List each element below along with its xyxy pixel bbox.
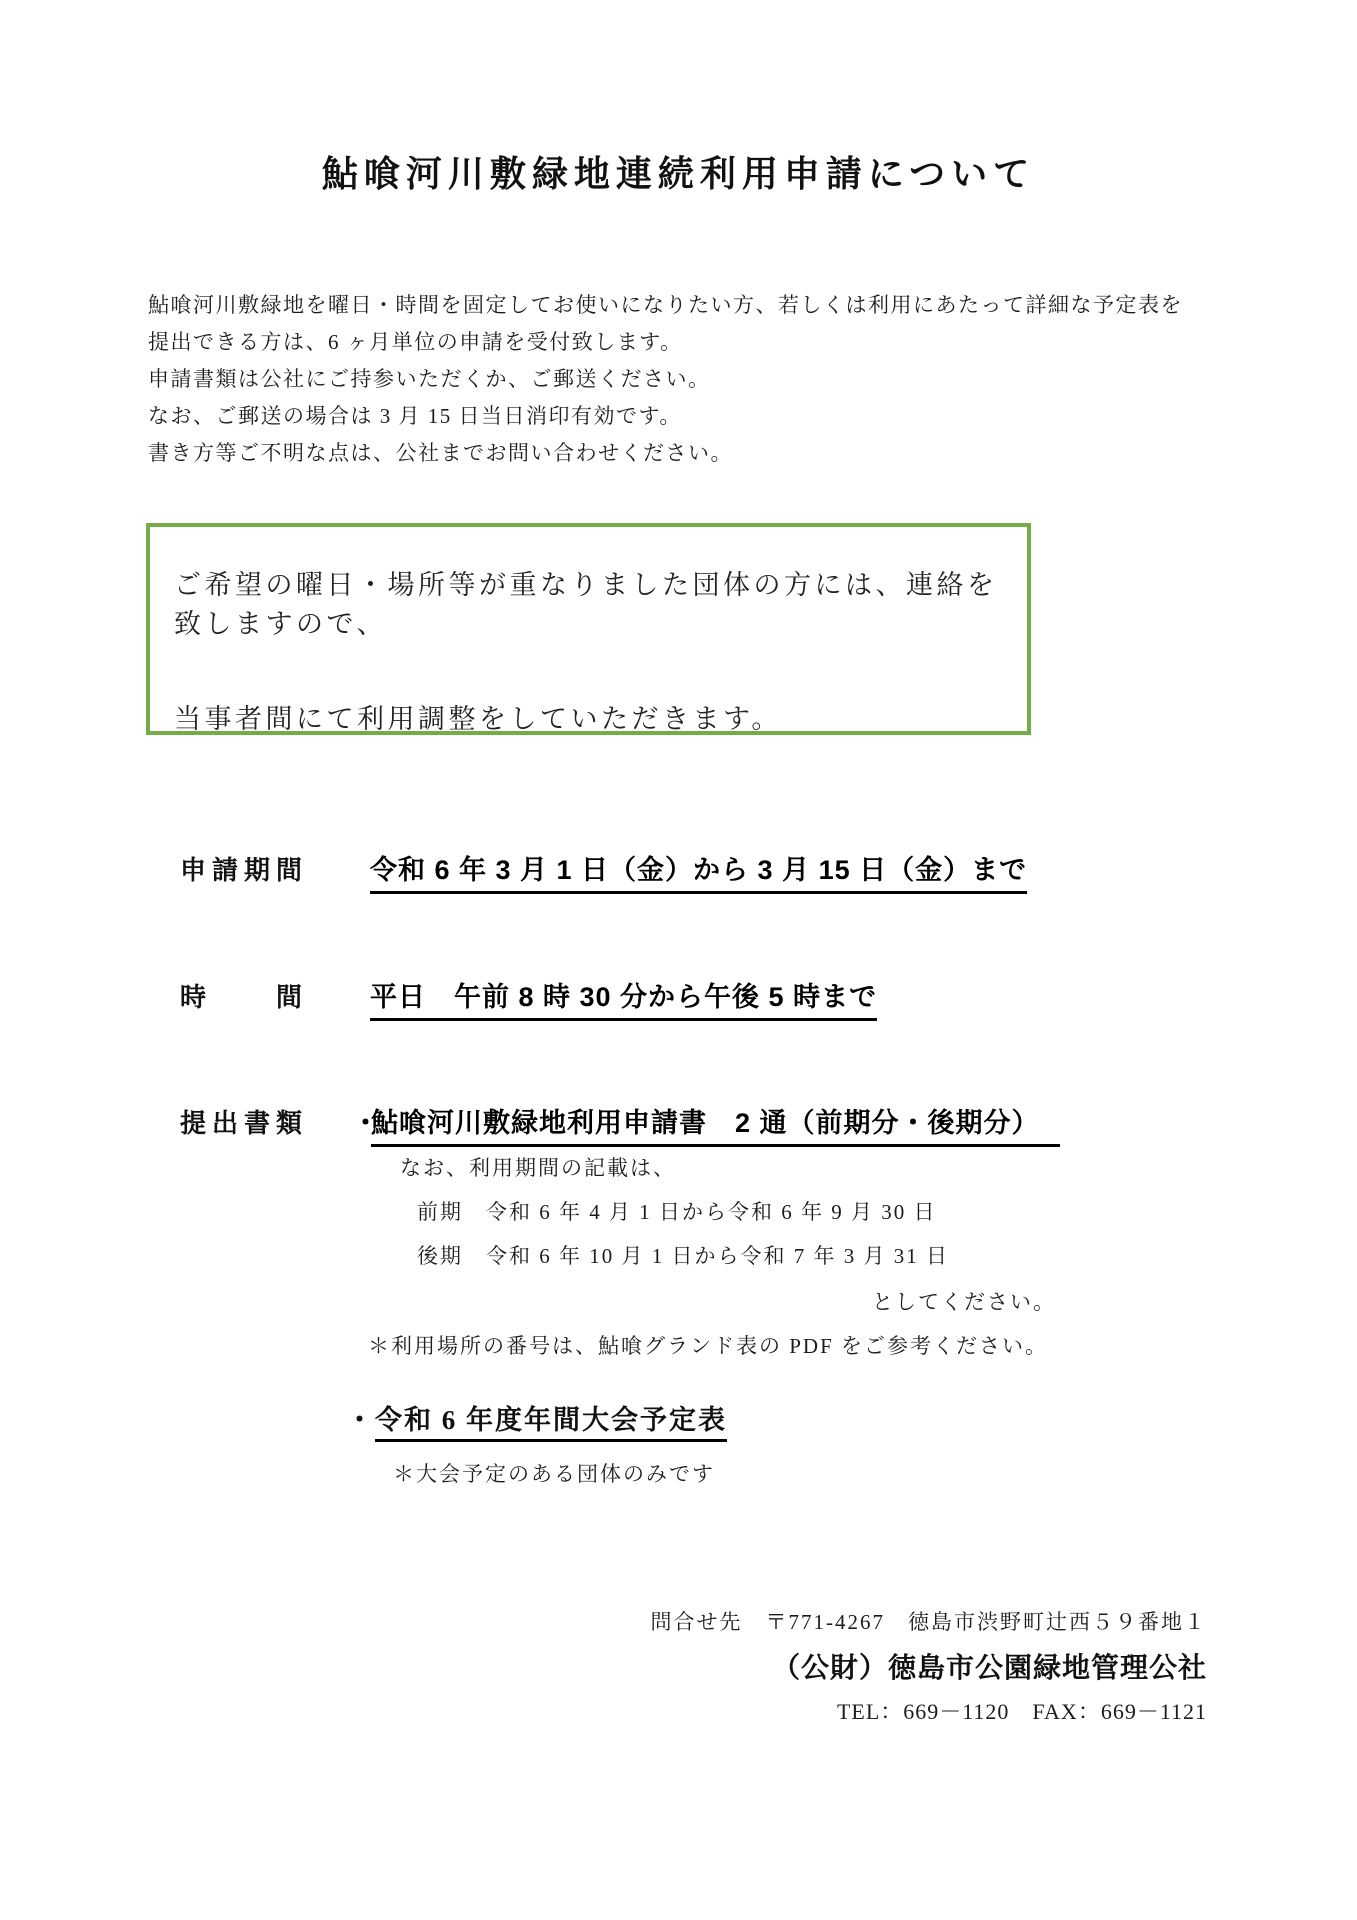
coordination-notice-box: ご希望の曜日・場所等が重なりました団体の方には、連絡を致しますので、 当事者間に… [146, 523, 1031, 735]
location-number-note: ＊利用場所の番号は、鮎喰グランド表の PDF をご参考ください。 [368, 1330, 1048, 1360]
tournament-schedule-bullet: ・ [346, 1405, 375, 1435]
application-period-value: 令和 6 年 3 月 1 日（金）から 3 月 15 日（金）まで [370, 848, 1027, 894]
application-period-label: 申請期間 [180, 850, 308, 887]
document-page: 鮎喰河川敷緑地連続利用申請について 鮎喰河川敷緑地を曜日・時間を固定してお使いに… [0, 0, 1357, 1920]
documents-label: 提出書類 [180, 1103, 308, 1140]
tournament-schedule-item: ・令和 6 年度年間大会予定表 [346, 1398, 727, 1442]
hours-value: 平日 午前 8 時 30 分から午後 5 時まで [370, 975, 877, 1021]
contact-address: 問合せ先 〒771-4267 徳島市渋野町辻西５９番地１ [651, 1606, 1208, 1636]
intro-line: 申請書類は公社にご持参いただくか、ご郵送ください。 [148, 361, 1183, 398]
intro-paragraph: 鮎喰河川敷緑地を曜日・時間を固定してお使いになりたい方、若しくは利用にあたって詳… [148, 287, 1183, 472]
intro-line: 書き方等ご不明な点は、公社までお問い合わせください。 [148, 435, 1183, 472]
intro-line: 鮎喰河川敷緑地を曜日・時間を固定してお使いになりたい方、若しくは利用にあたって詳… [148, 287, 1183, 324]
hours-text: 平日 午前 8 時 30 分から午後 5 時まで [370, 975, 877, 1021]
intro-line: 提出できる方は、6 ヶ月単位の申請を受付致します。 [148, 324, 1183, 361]
contact-block: 問合せ先 〒771-4267 徳島市渋野町辻西５９番地１ （公財）徳島市公園緑地… [651, 1606, 1208, 1726]
documents-item: 鮎喰河川敷緑地利用申請書 2 通（前期分・後期分） [371, 1101, 1060, 1147]
notice-line-2: 当事者間にて利用調整をしていただきます。 [174, 697, 1017, 736]
first-half-period: 前期 令和 6 年 4 月 1 日から令和 6 年 9 月 30 日 [417, 1196, 937, 1226]
tournament-schedule-text: 令和 6 年度年間大会予定表 [375, 1398, 727, 1442]
application-period-text: 令和 6 年 3 月 1 日（金）から 3 月 15 日（金）まで [370, 848, 1027, 894]
contact-organization: （公財）徳島市公園緑地管理公社 [651, 1646, 1208, 1686]
hours-label: 時 間 [180, 977, 308, 1014]
notice-line-1: ご希望の曜日・場所等が重なりました団体の方には、連絡を致しますので、 [174, 563, 1017, 641]
page-title: 鮎喰河川敷緑地連続利用申請について [0, 146, 1357, 197]
documents-item-text: 鮎喰河川敷緑地利用申請書 2 通（前期分・後期分） [371, 1101, 1060, 1147]
second-half-period: 後期 令和 6 年 10 月 1 日から令和 7 年 3 月 31 日 [417, 1240, 949, 1270]
usage-period-note-close: としてください。 [872, 1286, 1056, 1316]
intro-line: なお、ご郵送の場合は 3 月 15 日当日消印有効です。 [148, 398, 1183, 435]
usage-period-note-intro: なお、利用期間の記載は、 [400, 1152, 676, 1182]
contact-phone-fax: TEL：669－1120 FAX：669－1121 [651, 1695, 1208, 1726]
tournament-schedule-note: ＊大会予定のある団体のみです [393, 1458, 715, 1488]
